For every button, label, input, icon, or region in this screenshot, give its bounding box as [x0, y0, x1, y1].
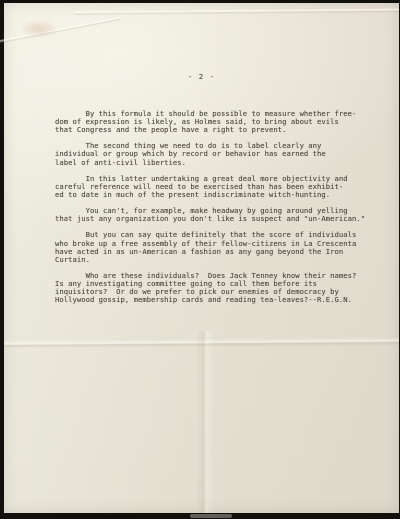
vertical-fold — [196, 331, 214, 513]
text-line: have acted in as un-American a fashion a… — [55, 248, 365, 256]
text-line: label of anti-civil liberties. — [55, 159, 365, 167]
corner-crease — [0, 17, 121, 46]
paragraph-6: Who are these individuals? Does Jack Ten… — [55, 272, 365, 304]
paper-edge-notch — [190, 514, 232, 518]
page-number: - 2 - — [4, 72, 399, 81]
paragraph-3: In this latter undertaking a great deal … — [55, 175, 365, 199]
text-line: Curtain. — [55, 256, 365, 264]
text-line: Hollywood gossip, membership cards and r… — [55, 296, 365, 304]
paragraph-1: By this formula it should be possible to… — [55, 110, 365, 134]
top-crease — [74, 9, 399, 16]
text-line: that just any organization you don't lik… — [55, 215, 365, 223]
paragraph-2: The second thing we need to do is to lab… — [55, 142, 365, 166]
smudge-mark — [20, 20, 58, 38]
text-line: that Congress and the people have a righ… — [55, 126, 365, 134]
text-line: ed to date in much of the present indisc… — [55, 191, 365, 199]
paragraph-4: You can't, for example, make headway by … — [55, 207, 365, 223]
paper-sheet: - 2 - By this formula it should be possi… — [4, 3, 399, 513]
scanned-document: - 2 - By this formula it should be possi… — [0, 0, 400, 519]
document-text: By this formula it should be possible to… — [55, 110, 365, 312]
paragraph-5: But you can say quite definitely that th… — [55, 231, 365, 263]
